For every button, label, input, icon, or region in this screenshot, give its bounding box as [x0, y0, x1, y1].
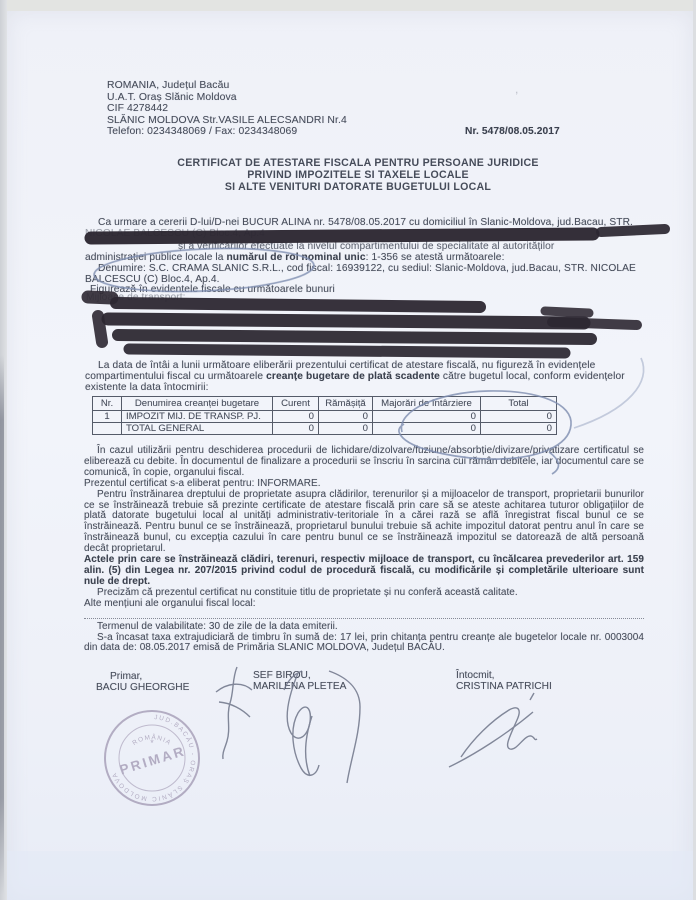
intro-line-4a: administrației publice locale la: [85, 252, 226, 263]
scan-edge-shadow: [0, 355, 4, 895]
col-majorari: Majorări de întârziere: [373, 397, 481, 411]
dotted-fill-line: [84, 610, 644, 619]
paragraph-taxa: S-a încasat taxa extrajudiciară de timbr…: [84, 633, 644, 655]
cell-total: 0: [481, 423, 557, 435]
cell-majorari: 0: [373, 411, 481, 423]
issuer-phone: Telefon: 0234348069 / Fax: 0234348069: [107, 126, 347, 138]
paragraph-alte-mentiuni: Alte mențiuni ale organului fiscal local…: [84, 599, 644, 610]
cell-ramasita: 0: [319, 411, 373, 423]
issuer-country: ROMANIA, Județul Bacău: [107, 80, 347, 92]
pen-speck: ,: [515, 82, 518, 96]
issuer-address: SLĂNIC MOLDOVA Str.VASILE ALECSANDRI Nr.…: [107, 115, 347, 127]
intro-line-5: Denumire: S.C. CRAMA SLANIC S.R.L., cod …: [98, 263, 636, 274]
paragraph-eliberat: Prezentul certificat s-a eliberat pentru…: [84, 479, 644, 490]
paragraph-instrainare: Pentru înstrăinarea dreptului de proprie…: [84, 490, 644, 555]
table-header-row: Nr. Denumirea creanței bugetare Curent R…: [93, 397, 557, 411]
cell-total: 0: [481, 411, 557, 423]
primar-round-stamp: JUD.BACĂU - ORAȘ SLĂNIC MOLDOVA ROMÂNIA …: [100, 706, 204, 810]
p2-line-2: compartimentului fiscal cu următoarele c…: [85, 371, 625, 382]
p2-line-3: existente la data întocmirii:: [85, 382, 209, 393]
debts-table: Nr. Denumirea creanței bugetare Curent R…: [92, 396, 557, 435]
legal-text-block: În cazul utilizării pentru deschiderea p…: [84, 446, 644, 654]
issuer-uat: U.A.T. Oraș Slănic Moldova: [107, 92, 347, 104]
p2-line-1: La data de întâi a lunii următoare elibe…: [98, 360, 595, 371]
issuer-block: ROMANIA, Județul Bacău U.A.T. Oraș Slăni…: [107, 80, 347, 138]
intro-line-1: Ca urmare a cererii D-lui/D-nei BUCUR AL…: [98, 217, 633, 228]
scanned-document: ROMANIA, Județul Bacău U.A.T. Oraș Slăni…: [0, 0, 696, 900]
intro-line-2-redacted: NICOLAE BALCESCU (C) Bloc.4, Ap.4: [85, 228, 265, 239]
cell-denumire: TOTAL GENERAL: [122, 423, 273, 435]
cell-nr: 1: [93, 411, 122, 423]
signer-intocmit-name: CRISTINA PATRICHI: [456, 681, 552, 692]
title-line-2: PRIVIND IMPOZITELE SI TAXELE LOCALE: [10, 170, 696, 182]
paragraph-termen: Termenul de valabilitate: 30 de zile de …: [84, 622, 644, 633]
intro-line-4c: : 1-356 se atestă următoarele:: [366, 252, 505, 263]
issuer-cif: CIF 4278442: [107, 103, 347, 115]
stamp-title-text: PRIMAR: [118, 743, 188, 777]
intro-line-4b-bold: numărul de rol nominal unic: [226, 252, 365, 263]
col-ramasita: Rămășiță: [319, 397, 373, 411]
col-nr: Nr.: [93, 397, 122, 411]
col-total: Total: [481, 397, 557, 411]
cell-majorari: 0: [373, 423, 481, 435]
cell-nr: [93, 423, 122, 435]
title-block: CERTIFICAT DE ATESTARE FISCALA PENTRU PE…: [10, 158, 696, 193]
cell-denumire: IMPOZIT MIJ. DE TRANSP. PJ.: [122, 411, 273, 423]
signer-sefbirou-role: SEF BIROU,: [253, 670, 311, 681]
cell-ramasita: 0: [319, 423, 373, 435]
p2-line-2c: către bugetul local, conform evidențelor: [440, 371, 625, 382]
cell-curent: 0: [273, 411, 319, 423]
table-row: 1 IMPOZIT MIJ. DE TRANSP. PJ. 0 0 0 0: [93, 411, 557, 423]
redacted-assets-label: Mijloace de transport:: [86, 292, 186, 303]
p2-line-2a: compartimentului fiscal cu următoarele: [85, 371, 266, 382]
intro-line-3: și a verificărilor efectuate la nivelul …: [178, 241, 554, 252]
title-line-3: SI ALTE VENITURI DATORATE BUGETULUI LOCA…: [10, 182, 696, 194]
p2-line-2b-bold: creanțe bugetare de plată scadente: [266, 371, 440, 382]
col-curent: Curent: [273, 397, 319, 411]
signer-sefbirou-name: MARILENA PLETEA: [253, 681, 346, 692]
stamp-star: *: [150, 738, 154, 748]
cell-curent: 0: [273, 423, 319, 435]
scan-edge-top: [0, 0, 696, 11]
paragraph-lichidare: În cazul utilizării pentru deschiderea p…: [84, 446, 644, 479]
intro-line-4: administrației publice locale la numărul…: [85, 252, 505, 263]
document-number: Nr. 5478/08.05.2017: [465, 126, 560, 137]
scan-shade-band: [7, 851, 693, 900]
signer-primar-role: Primar,: [110, 671, 142, 682]
table-row-total: TOTAL GENERAL 0 0 0 0: [93, 423, 557, 435]
col-denumire: Denumirea creanței bugetare: [122, 397, 273, 411]
signer-intocmit-role: Întocmit,: [456, 670, 495, 681]
paragraph-actele-bold: Actele prin care se înstrăinează clădiri…: [84, 555, 644, 588]
signer-primar-name: BACIU GHEORGHE: [96, 682, 189, 693]
